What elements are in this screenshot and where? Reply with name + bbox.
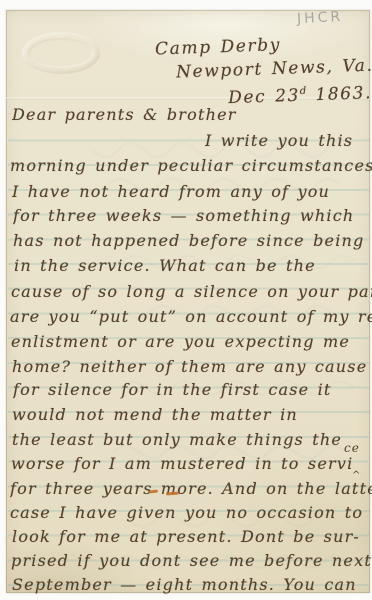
letter-line: September — eight months. You can — [12, 574, 372, 596]
letter-line: for three years more. And on the latter — [10, 478, 372, 500]
letter-line: morning under peculiar circumstances — [10, 155, 372, 177]
letter-line: the least but only make things the — [12, 429, 372, 451]
embossed-seal — [22, 32, 100, 74]
letter-line: worse for I am mustered in to servi — [11, 453, 372, 475]
date-year: 1863. — [306, 83, 372, 105]
letter-line: for silence for in the first case it — [13, 379, 372, 401]
letter-line: has not happened before since being — [13, 230, 372, 252]
letter-line: in the service. What can be the — [14, 255, 372, 277]
letter-line: enlistment or are you expecting me — [11, 331, 372, 353]
letter-line: prised if you dont see me before next — [11, 550, 372, 572]
insertion-caret: ^ — [352, 470, 360, 481]
letter-line: I have not heard from any of you — [12, 181, 372, 203]
letter-line: cause of so long a silence on your part — [11, 281, 372, 303]
letter-scan: JHCR Camp Derby Newport News, Va. Dec 23… — [0, 0, 372, 600]
letter-line: I write you this — [205, 130, 372, 152]
letter-line: are you “put out” on account of my re- — [10, 306, 372, 328]
archivist-mark: JHCR — [297, 9, 344, 27]
letter-line: look for me at present. Dont be sur- — [12, 526, 372, 548]
inserted-word-fragment: ce — [344, 441, 360, 455]
letter-line: for three weeks — something which — [13, 205, 372, 227]
salutation: Dear parents & brother — [12, 104, 372, 126]
letter-line: case I have given you no occasion to — [10, 502, 372, 524]
letter-line: home? neither of them are any cause — [12, 356, 372, 378]
letter-line: would not mend the matter in — [12, 404, 372, 426]
